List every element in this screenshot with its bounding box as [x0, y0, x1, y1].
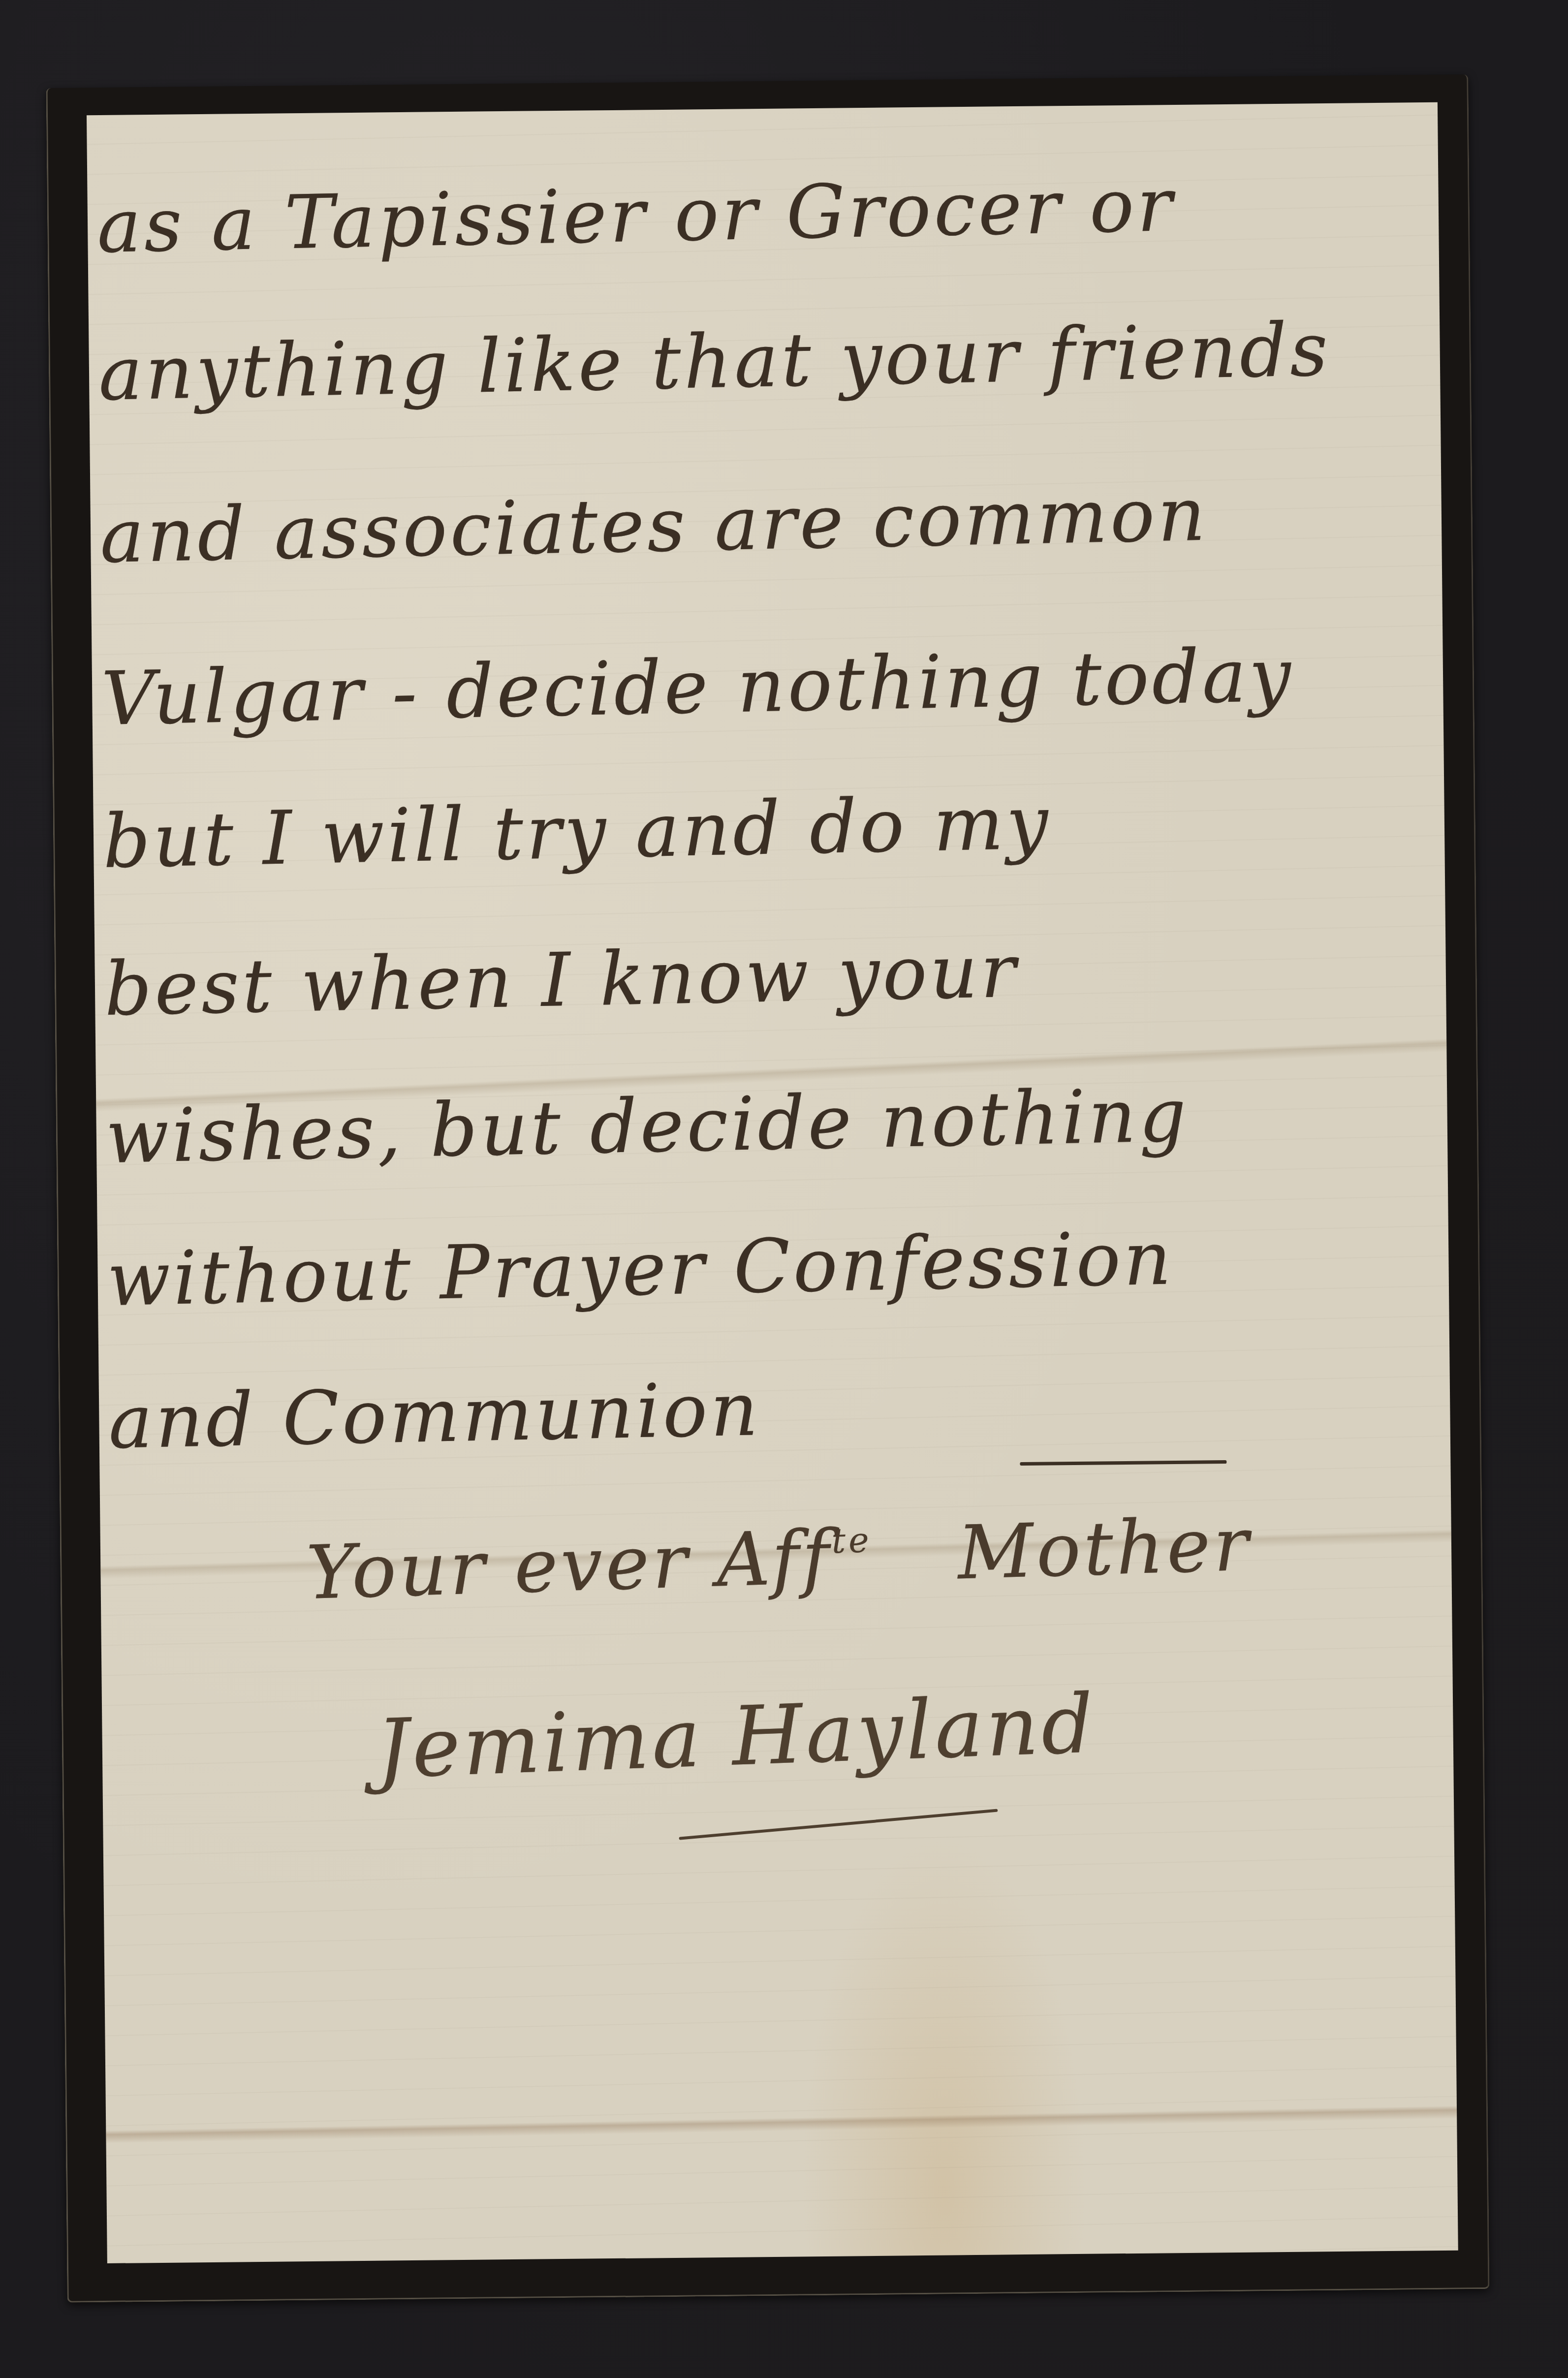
letter-line-4: Vulgar - decide nothing today: [101, 632, 1295, 742]
letter-line-5: but I will try and do my: [102, 780, 1052, 885]
letter-line-2: anything like that your friends: [97, 307, 1331, 417]
letter-page: as a Tapissier or Grocer or anything lik…: [87, 102, 1458, 2263]
letter-line-9: and Communion: [108, 1367, 762, 1466]
signature: Jemima Hayland: [375, 1676, 1098, 1796]
closing-superscript: te: [831, 1520, 873, 1561]
letter-line-3: and associates are common: [99, 472, 1209, 580]
mourning-card: as a Tapissier or Grocer or anything lik…: [46, 74, 1489, 2303]
letter-line-6: best when I know your: [103, 929, 1019, 1033]
signature-underline: [679, 1809, 998, 1840]
closing-phrase: Your ever Affte Mother: [305, 1502, 1253, 1616]
closing-text: Your ever Aff: [305, 1514, 834, 1616]
closing-dash: [1020, 1460, 1226, 1466]
letter-line-1: as a Tapissier or Grocer or: [96, 162, 1176, 270]
letter-line-8: without Prayer Confession: [106, 1216, 1175, 1322]
letter-line-7: wishes, but decide nothing: [105, 1073, 1190, 1180]
closing-relation: Mother: [956, 1502, 1253, 1596]
